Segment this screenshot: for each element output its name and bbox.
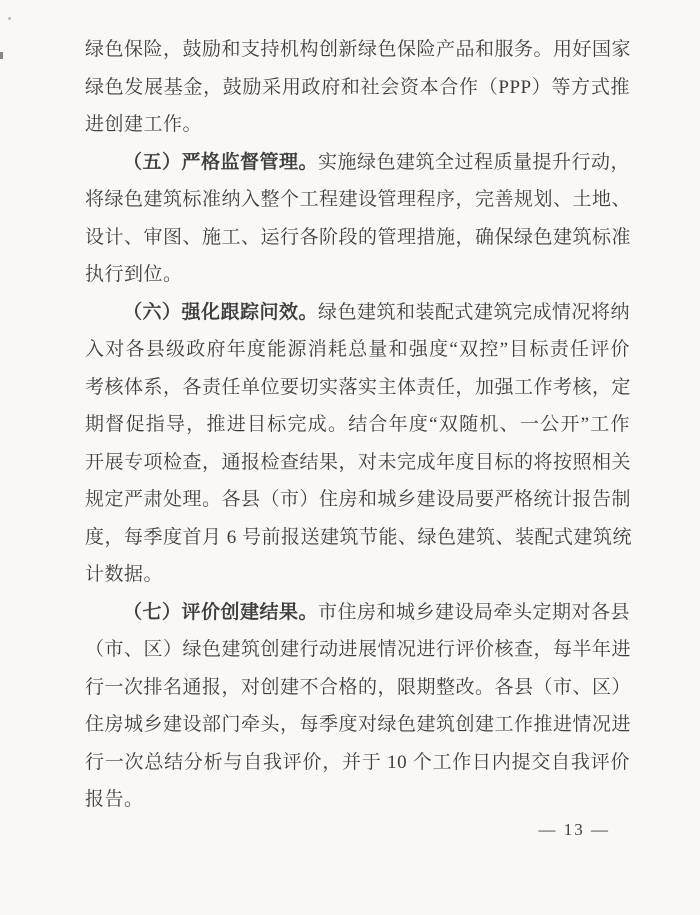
text-line: （五）严格监督管理。实施绿色建筑全过程质量提升行动， [85, 144, 630, 182]
text-line: 行一次总结分析与自我评价，并于 10 个工作日内提交自我评价 [85, 744, 630, 782]
text-line: 报告。 [85, 781, 630, 819]
text-line: 考核体系，各责任单位要切实落实主体责任，加强工作考核，定 [85, 369, 630, 407]
text-line: 入对各县级政府年度能源消耗总量和强度“双控”目标责任评价 [85, 331, 630, 369]
text-line: 度，每季度首月 6 号前报送建筑节能、绿色建筑、装配式建筑统 [85, 519, 630, 557]
scan-speck [8, 17, 11, 20]
document-body: 绿色保险，鼓励和支持机构创新绿色保险产品和服务。用好国家 绿色发展基金，鼓励采用… [85, 31, 630, 819]
text-line: 期督促指导，推进目标完成。结合年度“双随机、一公开”工作 [85, 406, 630, 444]
section-body-start: 绿色建筑和装配式建筑完成情况将纳 [318, 302, 630, 323]
scan-speck [0, 52, 3, 59]
section-body-start: 实施绿色建筑全过程质量提升行动， [318, 152, 630, 173]
text-line: （七）评价创建结果。市住房和城乡建设局牵头定期对各县 [85, 594, 630, 632]
text-line: 计数据。 [85, 556, 630, 594]
section-heading: （六）强化跟踪问效。 [123, 302, 318, 323]
text-line: 住房城乡建设部门牵头，每季度对绿色建筑创建工作推进情况进 [85, 706, 630, 744]
section-body-start: 市住房和城乡建设局牵头定期对各县 [318, 602, 630, 623]
text-line: 执行到位。 [85, 256, 630, 294]
text-line: 将绿色建筑标准纳入整个工程建设管理程序，完善规划、土地、 [85, 181, 630, 219]
document-page: 绿色保险，鼓励和支持机构创新绿色保险产品和服务。用好国家 绿色发展基金，鼓励采用… [0, 0, 700, 915]
text-line: 进创建工作。 [85, 106, 630, 144]
text-line: 行一次排名通报，对创建不合格的，限期整改。各县（市、区） [85, 669, 630, 707]
text-line: 绿色保险，鼓励和支持机构创新绿色保险产品和服务。用好国家 [85, 31, 630, 69]
section-heading: （五）严格监督管理。 [123, 152, 318, 173]
text-line: 开展专项检查，通报检查结果，对未完成年度目标的将按照相关 [85, 444, 630, 482]
section-heading: （七）评价创建结果。 [123, 602, 318, 623]
text-line: 规定严肃处理。各县（市）住房和城乡建设局要严格统计报告制 [85, 481, 630, 519]
text-line: 设计、审图、施工、运行各阶段的管理措施，确保绿色建筑标准 [85, 219, 630, 257]
text-line: （市、区）绿色建筑创建行动进展情况进行评价核查，每半年进 [85, 631, 630, 669]
page-number: — 13 — [539, 818, 611, 842]
text-line: 绿色发展基金，鼓励采用政府和社会资本合作（PPP）等方式推 [85, 69, 630, 107]
text-line: （六）强化跟踪问效。绿色建筑和装配式建筑完成情况将纳 [85, 294, 630, 332]
